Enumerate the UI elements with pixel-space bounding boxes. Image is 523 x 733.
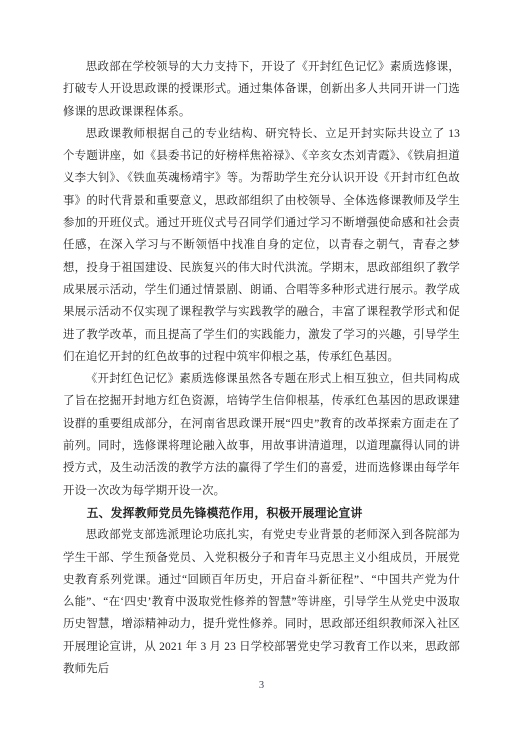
section-heading-five: 五、发挥教师党员先锋模范作用，积极开展理论宣讲 bbox=[63, 502, 460, 524]
paragraph-lectures-and-ceremony: 思政课教师根据自己的专业结构、研究特长、立足开封实际共设立了 13 个专题讲座，… bbox=[63, 123, 460, 368]
page-number: 3 bbox=[259, 680, 264, 691]
page-footer: 3 bbox=[0, 679, 523, 693]
paragraph-party-lectures: 思政部党支部选派理论功底扎实，有党史专业背景的老师深入到各院部为学生干部、学生预… bbox=[63, 524, 460, 680]
paragraph-course-reform: 《开封红色记忆》素质选修课虽然各专题在形式上相互独立，但共同构成了旨在挖掘开封地… bbox=[63, 368, 460, 502]
document-page: 思政部在学校领导的大力支持下，开设了《开封红色记忆》素质选修课，打破专人开设思政… bbox=[0, 0, 523, 733]
paragraph-intro-course: 思政部在学校领导的大力支持下，开设了《开封红色记忆》素质选修课，打破专人开设思政… bbox=[63, 56, 460, 123]
document-body: 思政部在学校领导的大力支持下，开设了《开封红色记忆》素质选修课，打破专人开设思政… bbox=[63, 56, 460, 680]
